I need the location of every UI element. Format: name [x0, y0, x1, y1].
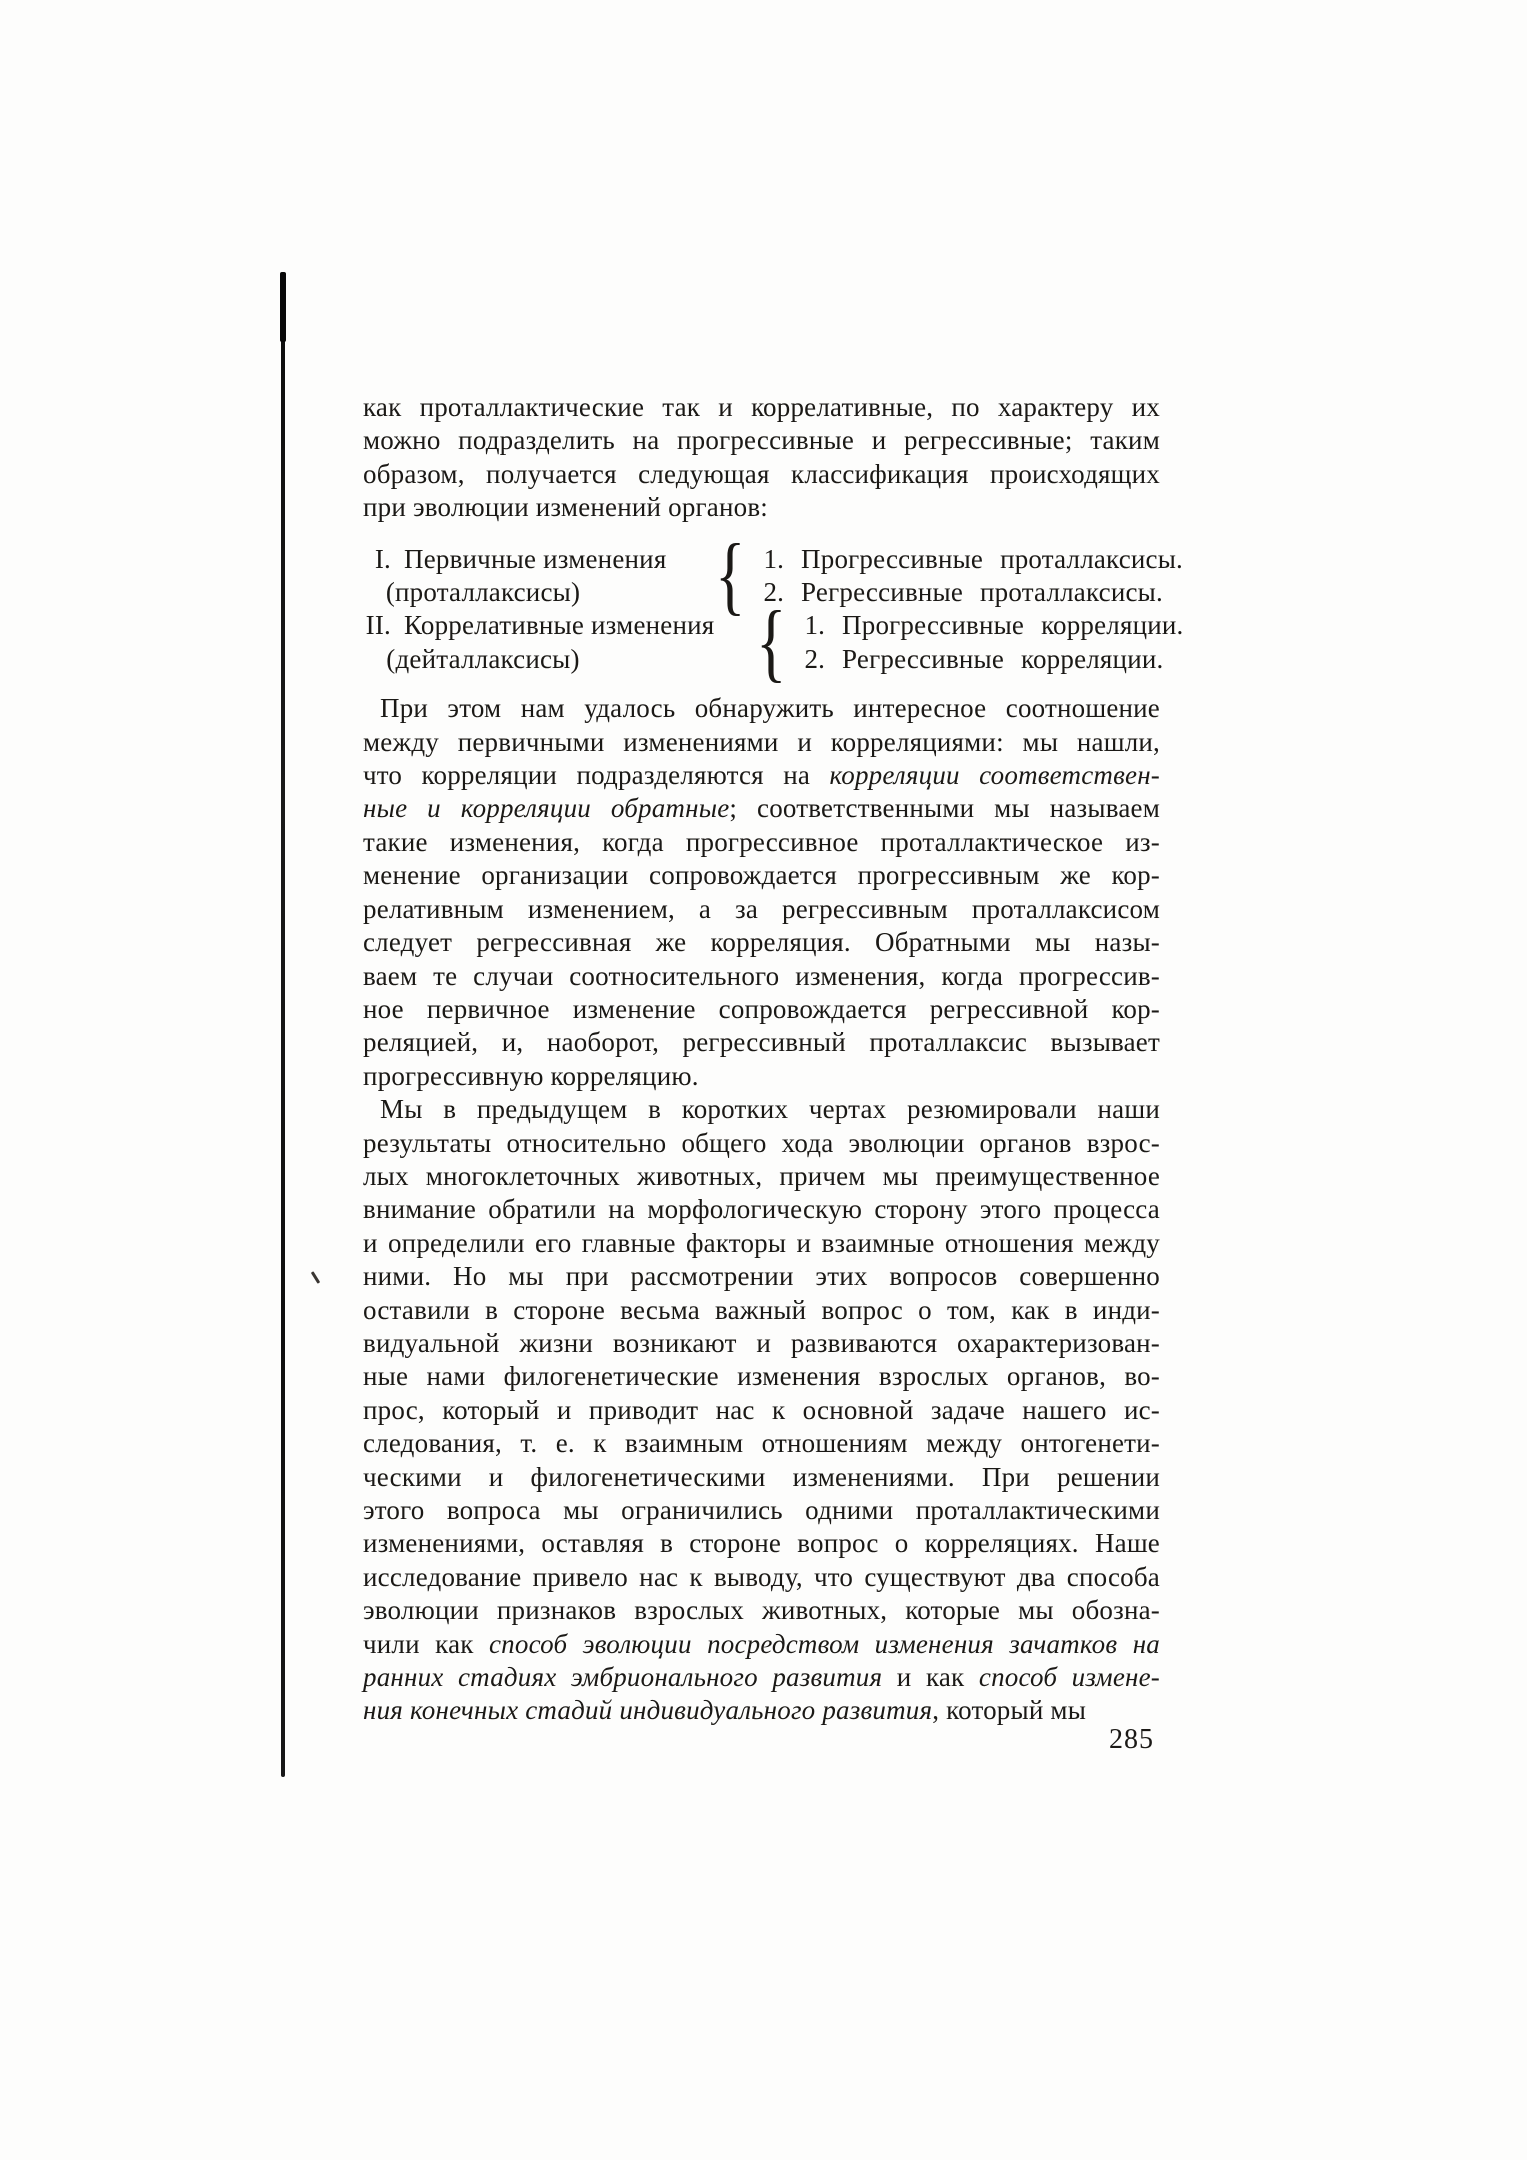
text-run: ; соответственными мы называем [729, 793, 1160, 823]
classification-label: Первичные изменения [404, 544, 666, 574]
text-line: этого вопроса мы ограничились одними про… [363, 1494, 1160, 1527]
text-line: изменениями, оставляя в стороне вопрос о… [363, 1527, 1160, 1560]
text-line: ния конечных стадий индивидуального разв… [363, 1694, 1160, 1727]
text-line: видуальной жизни возникают и развиваются… [363, 1327, 1160, 1360]
text-line: такие изменения, когда прогрессивное про… [363, 826, 1160, 859]
text-run: исследование привело нас к выводу, что с… [363, 1562, 1160, 1592]
text-line: при эволюции изменений органов: [363, 491, 1160, 524]
text-line: следования, т. е. к взаимным отношениям … [363, 1427, 1160, 1460]
text-run: прос, который и приводит нас к основной … [363, 1395, 1160, 1425]
text-run: что корреляции подразделяются на [363, 760, 829, 790]
text-line: внимание обратили на морфологическую сто… [363, 1193, 1160, 1226]
classification-items-correlative: 1. Прогрессивные корреляции. 2. Регресси… [804, 609, 1183, 676]
text-run: образом, получается следующая классифика… [363, 459, 1160, 489]
text-run: следования, т. е. к взаимным отношениям … [363, 1428, 1160, 1458]
text-run: , который мы [932, 1695, 1086, 1725]
text-run: ними. Но мы при рассмотрении этих вопрос… [363, 1261, 1160, 1291]
text-run: оставили в стороне весьма важный вопрос … [363, 1295, 1160, 1325]
classification-left-primary: I.Первичные изменения (проталлаксисы) [363, 543, 715, 610]
text-run: результаты относительно общего хода эвол… [363, 1128, 1160, 1158]
text-line: ное первичное изменение сопровождается р… [363, 993, 1160, 1026]
text-line: реляцией, и, наоборот, регрессивный прот… [363, 1026, 1160, 1059]
text-run: При этом нам удалось обнаружить интересн… [380, 693, 1160, 723]
text-run: прогрессивную корреляцию. [363, 1061, 699, 1091]
text-line: прогрессивную корреляцию. [363, 1060, 1160, 1093]
text-line: эволюции признаков взрослых животных, ко… [363, 1594, 1160, 1627]
text-run: Мы в предыдущем в коротких чертах резюми… [380, 1094, 1160, 1124]
classification-item: 1. Прогрессивные проталлаксисы. [763, 543, 1183, 576]
italic-text-run: способ измене- [979, 1662, 1160, 1692]
italic-text-run: способ эволюции посредством изменения за… [489, 1629, 1160, 1659]
text-run: реляцией, и, наоборот, регрессивный прот… [363, 1027, 1160, 1057]
text-line: ные нами филогенетические изменения взро… [363, 1360, 1160, 1393]
text-line: лых многоклеточных животных, причем мы п… [363, 1160, 1160, 1193]
classification-row-correlative: II.Коррелативные изменения (дейталлаксис… [363, 609, 1160, 676]
text-line: следует регрессивная же корреляция. Обра… [363, 926, 1160, 959]
text-line: можно подразделить на прогрессивные и ре… [363, 424, 1160, 457]
classification-table: I.Первичные изменения (проталлаксисы) { … [363, 543, 1160, 677]
text-run: ные нами филогенетические изменения взро… [363, 1361, 1160, 1391]
italic-text-run: ранних стадиях эмбрионального развития [363, 1662, 882, 1692]
book-page: как проталлактические так и коррелативны… [0, 0, 1527, 2160]
text-run: между первичными изменениями и корреляци… [363, 727, 1160, 757]
classification-left-correlative: II.Коррелативные изменения (дейталлаксис… [363, 609, 715, 676]
classification-item: 1. Прогрессивные корреляции. [804, 609, 1183, 642]
text-line: При этом нам удалось обнаружить интересн… [363, 692, 1160, 725]
text-run: этого вопроса мы ограничились одними про… [363, 1495, 1160, 1525]
paragraph-continuation: как проталлактические так и коррелативны… [363, 391, 1160, 525]
text-line: ранних стадиях эмбрионального развития и… [363, 1661, 1160, 1694]
text-line: что корреляции подразделяются на корреля… [363, 759, 1160, 792]
text-line: релативным изменением, а за регрессивным… [363, 893, 1160, 926]
text-line: чили как способ эволюции посредством изм… [363, 1628, 1160, 1661]
italic-text-run: корреляции соответствен- [829, 760, 1160, 790]
text-run: лых многоклеточных животных, причем мы п… [363, 1161, 1160, 1191]
classification-sublabel: (проталлаксисы) [363, 576, 603, 609]
text-run: изменениями, оставляя в стороне вопрос о… [363, 1528, 1160, 1558]
scan-artifact-mark [311, 1271, 320, 1284]
text-run: менение организации сопровождается прогр… [363, 860, 1160, 890]
text-run: как проталлактические так и коррелативны… [363, 392, 1160, 422]
text-line: между первичными изменениями и корреляци… [363, 726, 1160, 759]
text-run: ное первичное изменение сопровождается р… [363, 994, 1160, 1024]
text-line: исследование привело нас к выводу, что с… [363, 1561, 1160, 1594]
page-number: 285 [363, 1724, 1160, 1756]
text-run: ваем те случаи соотносительного изменени… [363, 961, 1160, 991]
text-line: образом, получается следующая классифика… [363, 458, 1160, 491]
text-line: как проталлактические так и коррелативны… [363, 391, 1160, 424]
text-line: прос, который и приводит нас к основной … [363, 1394, 1160, 1427]
classification-sublabel: (дейталлаксисы) [363, 643, 603, 676]
roman-numeral: I. [363, 543, 399, 576]
text-column: как проталлактические так и коррелативны… [363, 391, 1160, 1728]
text-run: при эволюции изменений органов: [363, 492, 768, 522]
text-line: ними. Но мы при рассмотрении этих вопрос… [363, 1260, 1160, 1293]
margin-rule [281, 272, 285, 1777]
text-run: эволюции признаков взрослых животных, ко… [363, 1595, 1160, 1625]
brace-icon: { [715, 543, 746, 609]
text-line: оставили в стороне весьма важный вопрос … [363, 1294, 1160, 1327]
text-run: и как [882, 1662, 979, 1692]
text-run: релативным изменением, а за регрессивным… [363, 894, 1160, 924]
classification-item: 2. Регрессивные проталлаксисы. [763, 576, 1183, 609]
text-run: следует регрессивная же корреляция. Обра… [363, 927, 1160, 957]
italic-text-run: ные и корреляции обратные [363, 793, 729, 823]
text-line: Мы в предыдущем в коротких чертах резюми… [363, 1093, 1160, 1126]
brace-icon: { [756, 610, 787, 676]
classification-item: 2. Регрессивные корреляции. [804, 643, 1183, 676]
paragraph-correlations: При этом нам удалось обнаружить интересн… [363, 692, 1160, 1093]
text-line: менение организации сопровождается прогр… [363, 859, 1160, 892]
classification-items-primary: 1. Прогрессивные проталлаксисы. 2. Регре… [763, 543, 1183, 610]
text-run: можно подразделить на прогрессивные и ре… [363, 425, 1160, 455]
text-line: ваем те случаи соотносительного изменени… [363, 960, 1160, 993]
text-run: ческими и филогенетическими изменениями.… [363, 1462, 1160, 1492]
text-run: и определили его главные факторы и взаим… [363, 1228, 1160, 1258]
text-run: внимание обратили на морфологическую сто… [363, 1194, 1160, 1224]
text-run: такие изменения, когда прогрессивное про… [363, 827, 1160, 857]
roman-numeral: II. [363, 609, 399, 642]
italic-text-run: ния конечных стадий индивидуального разв… [363, 1695, 932, 1725]
text-line: ные и корреляции обратные; соответственн… [363, 792, 1160, 825]
classification-label: Коррелативные изменения [404, 610, 714, 640]
text-line: ческими и филогенетическими изменениями.… [363, 1461, 1160, 1494]
text-line: результаты относительно общего хода эвол… [363, 1127, 1160, 1160]
text-run: чили как [363, 1629, 489, 1659]
text-line: и определили его главные факторы и взаим… [363, 1227, 1160, 1260]
paragraph-summary: Мы в предыдущем в коротких чертах резюми… [363, 1093, 1160, 1728]
text-run: видуальной жизни возникают и развиваются… [363, 1328, 1160, 1358]
